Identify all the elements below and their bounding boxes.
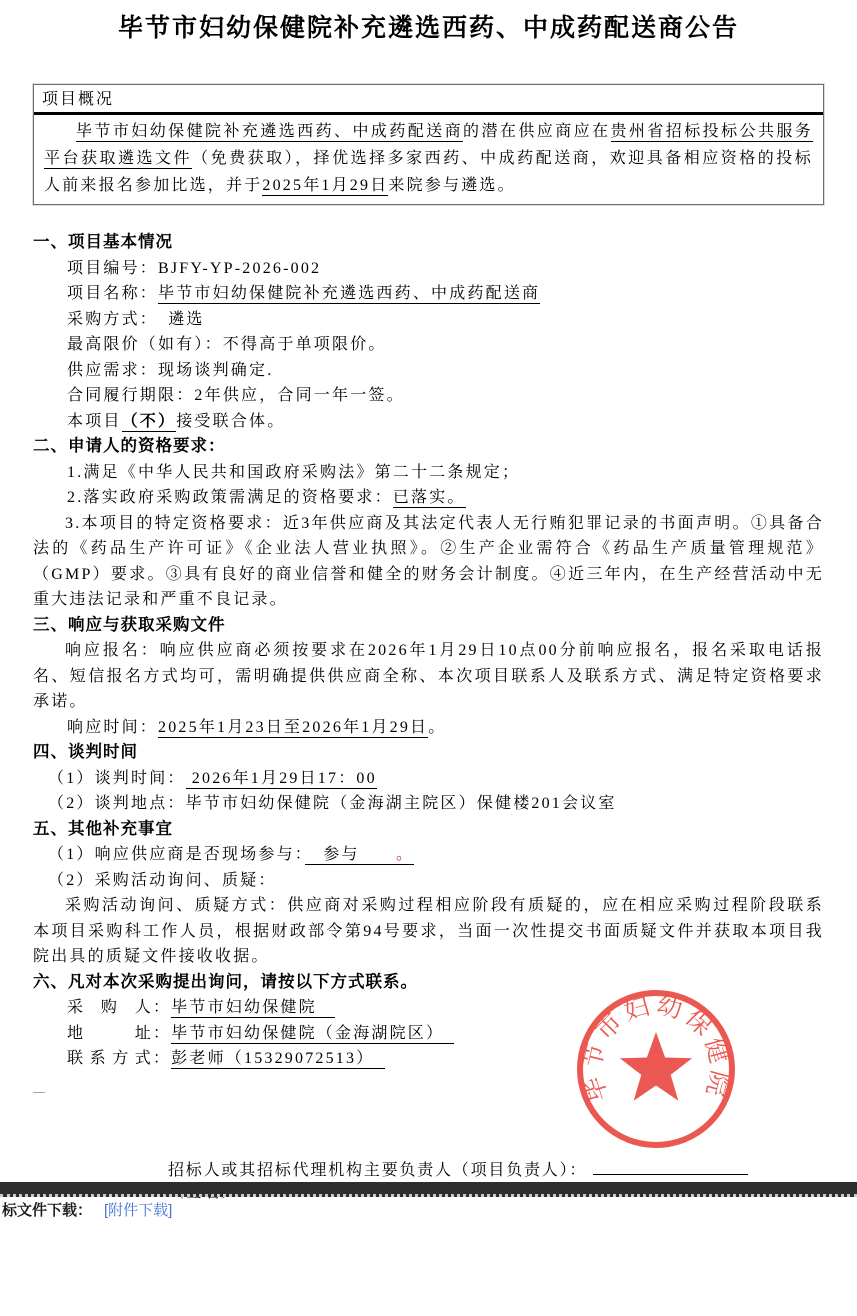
text-segment: 采购方式： 遴选 xyxy=(67,311,205,328)
document-line: 采购方式： 遴选 xyxy=(67,307,824,333)
text-segment: 本项目 xyxy=(67,413,122,430)
text-segment: 参与 xyxy=(305,846,396,865)
section-heading: 四、谈判时间 xyxy=(33,740,824,766)
document-line: （1）响应供应商是否现场参与： 参与 。 xyxy=(48,842,824,868)
document-line: 响应报名：响应供应商必须按要求在2026年1月29日10点00分前响应报名，报名… xyxy=(33,638,824,715)
text-segment: （不） xyxy=(122,413,177,432)
document-line: 3.本项目的特定资格要求：近3年供应商及其法定代表人无行贿犯罪记录的书面声明。①… xyxy=(33,511,824,613)
document-line: （2）谈判地点：毕节市妇幼保健院（金海湖主院区）保健楼201会议室 xyxy=(48,791,824,817)
text-segment: 供应需求：现场谈判确定. xyxy=(67,362,273,379)
document-line: 供应需求：现场谈判确定. xyxy=(67,358,824,384)
document-sections: 一、项目基本情况项目编号：BJFY-YP-2026-002项目名称：毕节市妇幼保… xyxy=(33,230,824,1072)
overview-box-header: 项目概况 xyxy=(34,85,823,115)
text-segment: ： xyxy=(153,999,171,1016)
document-line: 项目名称：毕节市妇幼保健院补充遴选西药、中成药配送商 xyxy=(67,281,824,307)
text-segment: （2）采购活动询问、质疑： xyxy=(48,872,277,889)
document-line: 响应时间：2025年1月23日至2026年1月29日。 xyxy=(67,715,824,741)
document-line: 采购活动询问、质疑方式：供应商对采购过程相应阶段有质疑的，应在相应采购过程阶段联… xyxy=(33,893,824,970)
text-segment: 2026年1月29日17：00 xyxy=(186,770,377,789)
document-line: （1）谈判时间： 2026年1月29日17：00 xyxy=(48,766,824,792)
section-heading: 二、申请人的资格要求： xyxy=(33,434,824,460)
download-label: 标文件下载： xyxy=(2,1202,92,1219)
section-heading: 一、项目基本情况 xyxy=(33,230,824,256)
document-line: （2）采购活动询问、质疑： xyxy=(48,868,824,894)
text-segment: 。 xyxy=(428,719,446,736)
document-line: 最高限价（如有）：不得高于单项限价。 xyxy=(67,332,824,358)
text-segment: 毕节市妇幼保健院 xyxy=(171,999,335,1018)
text-segment: （1）谈判时间： xyxy=(48,770,186,787)
text-segment: 毕节市妇幼保健院补充遴选西药、中成药配送商 xyxy=(158,285,540,304)
text-segment: 项目编号：BJFY-YP-2026-002 xyxy=(67,260,321,277)
section-heading: 三、响应与获取采购文件 xyxy=(33,613,824,639)
text-segment: 毕节市妇幼保健院补充遴选西药、中成药配送商 xyxy=(76,123,463,142)
text-segment: 2.落实政府采购政策需满足的资格要求： xyxy=(67,489,393,506)
text-segment: 1.满足《中华人民共和国政府采购法》第二十二条规定； xyxy=(67,464,520,481)
text-segment: ： xyxy=(153,1050,171,1067)
text-segment: 联系方式 xyxy=(67,1046,153,1072)
project-overview-box: 项目概况 毕节市妇幼保健院补充遴选西药、中成药配送商的潜在供应商应在贵州省招标投… xyxy=(33,84,824,205)
text-segment: 接受联合体。 xyxy=(176,413,285,430)
document-line: 合同履行期限：2年供应，合同一年一签。 xyxy=(67,383,824,409)
signature-label: 招标人或其招标代理机构主要负责人（项目负责人）： xyxy=(168,1162,587,1179)
document-title: 毕节市妇幼保健院补充遴选西药、中成药配送商公告 xyxy=(33,0,824,44)
text-segment: 的潜在供应商应在 xyxy=(463,123,610,140)
download-row: 标文件下载：[附件下载] xyxy=(2,1201,172,1221)
text-segment: 2025年1月29日 xyxy=(262,177,388,196)
attachment-download-link[interactable]: [附件下载] xyxy=(104,1202,172,1219)
document-line: 1.满足《中华人民共和国政府采购法》第二十二条规定； xyxy=(67,460,824,486)
text-segment: 彭老师（15329072513） xyxy=(171,1050,384,1069)
text-segment: （2）谈判地点：毕节市妇幼保健院（金海湖主院区）保健楼201会议室 xyxy=(48,795,617,812)
document-line: 项目编号：BJFY-YP-2026-002 xyxy=(67,256,824,282)
text-segment: 项目名称： xyxy=(67,285,158,302)
text-segment: 地址 xyxy=(67,1021,153,1047)
signature-blank-line xyxy=(593,1160,748,1175)
text-segment: 。 xyxy=(396,846,414,865)
overview-paragraph: 毕节市妇幼保健院补充遴选西药、中成药配送商的潜在供应商应在贵州省招标投标公共服务… xyxy=(44,118,813,199)
text-segment: ： xyxy=(153,1025,171,1042)
section-heading: 五、其他补充事宜 xyxy=(33,817,824,843)
document-line: 本项目（不）接受联合体。 xyxy=(67,409,824,435)
text-segment: 采购活动询问、质疑方式：供应商对采购过程相应阶段有质疑的，应在相应采购过程阶段联… xyxy=(33,897,824,965)
text-segment: 已落实。 xyxy=(393,489,466,508)
text-segment: 3.本项目的特定资格要求：近3年供应商及其法定代表人无行贿犯罪记录的书面声明。①… xyxy=(33,515,824,609)
document-line: 2.落实政府采购政策需满足的资格要求：已落实。 xyxy=(67,485,824,511)
text-segment: 响应报名：响应供应商必须按要求在2026年1月29日10点00分前响应报名，报名… xyxy=(33,642,824,710)
footer-divider-bar xyxy=(0,1182,857,1197)
text-segment: 最高限价（如有）：不得高于单项限价。 xyxy=(67,336,387,353)
text-segment: 采购人 xyxy=(67,995,153,1021)
text-segment: 响应时间： xyxy=(67,719,158,736)
text-segment: （1）响应供应商是否现场参与： xyxy=(48,846,305,863)
text-segment: 2025年1月23日至2026年1月29日 xyxy=(158,719,428,738)
text-segment: 合同履行期限：2年供应，合同一年一签。 xyxy=(67,387,405,404)
seal-star-icon xyxy=(620,1032,692,1101)
text-segment: 来院参与遴选。 xyxy=(388,177,515,194)
text-segment: 毕节市妇幼保健院（金海湖院区） xyxy=(171,1025,454,1044)
official-seal: 毕节市妇幼保健院 xyxy=(570,983,742,1155)
overview-box-body: 毕节市妇幼保健院补充遴选西药、中成药配送商的潜在供应商应在贵州省招标投标公共服务… xyxy=(34,115,823,204)
